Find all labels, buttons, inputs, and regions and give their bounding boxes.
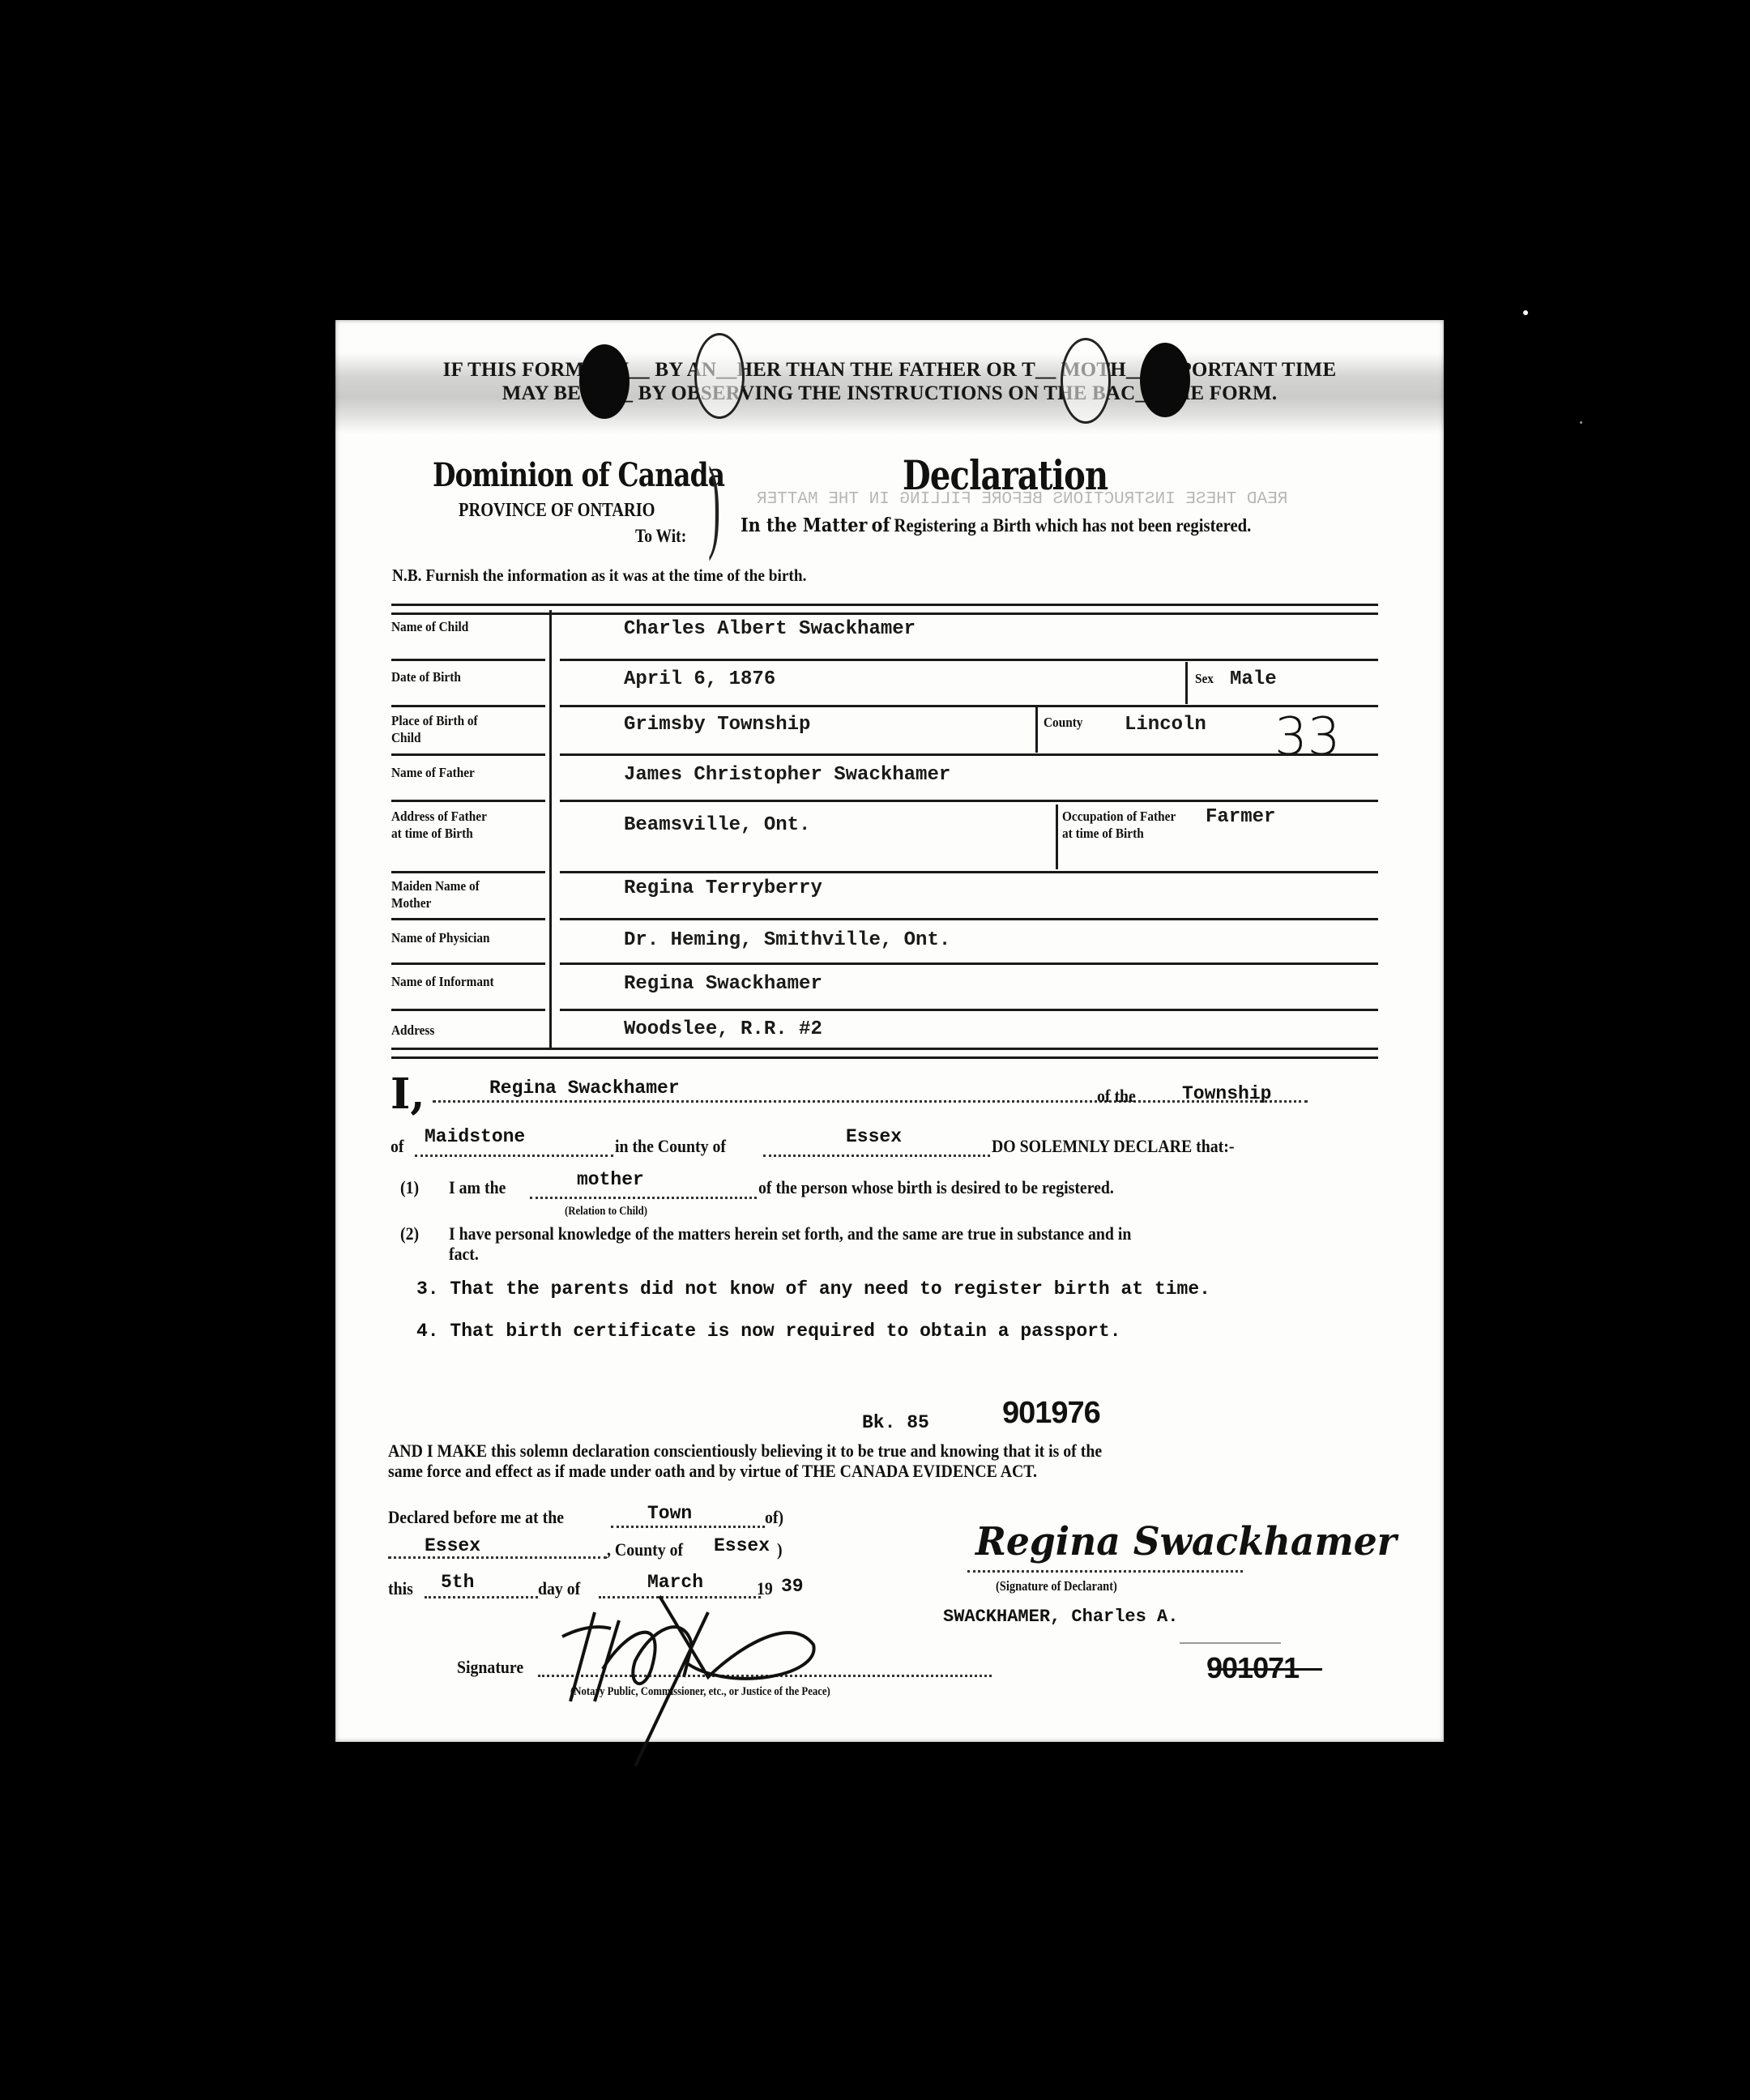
- item-3: 3. That the parents did not know of any …: [416, 1278, 1210, 1300]
- row-rule: [391, 1009, 545, 1011]
- value-informant: Regina Swackhamer: [624, 973, 822, 995]
- declared-day: 5th: [441, 1572, 474, 1593]
- punch-hole-icon: [1140, 343, 1190, 417]
- dotted-line: [388, 1556, 607, 1559]
- label-place-of-birth: Place of Birth of Child: [391, 712, 478, 746]
- declaration-initial: I,: [391, 1069, 425, 1119]
- strikethrough: [1209, 1668, 1322, 1671]
- value-address: Woodslee, R.R. #2: [624, 1018, 822, 1040]
- hole-outline-icon: [1061, 338, 1111, 424]
- label-occupation-of-father: Occupation of Father at time of Birth: [1062, 808, 1176, 842]
- dotted-line: [763, 1155, 990, 1157]
- dotted-line: [530, 1197, 757, 1199]
- label-date-of-birth: Date of Birth: [391, 668, 461, 685]
- declared-county: Essex: [714, 1535, 770, 1556]
- matter-line: In the Matter of Registering a Birth whi…: [741, 514, 1251, 536]
- label-maiden-name: Maiden Name of Mother: [391, 877, 480, 911]
- matter-of: of: [872, 514, 890, 536]
- dotted-line: [425, 1596, 538, 1598]
- matter-text: Registering a Birth which has not been r…: [894, 515, 1252, 536]
- relation-to-child: mother: [577, 1169, 644, 1190]
- oath-line-1: AND I MAKE this solemn declaration consc…: [388, 1441, 1102, 1462]
- label-line: at time of Birth: [391, 825, 487, 842]
- occupation-divider: [1056, 805, 1058, 869]
- label-address-of-father: Address of Father at time of Birth: [391, 808, 487, 842]
- index-name: SWACKHAMER, Charles A.: [943, 1607, 1178, 1627]
- declarant-dotted-line: [433, 1100, 1308, 1103]
- value-date-of-birth: April 6, 1876: [624, 668, 775, 690]
- table-bottom-rule: [391, 1048, 1378, 1059]
- jurisdiction-title: Dominion of Canada: [433, 456, 724, 494]
- declaration-county: Essex: [846, 1126, 902, 1147]
- declared-before-text: Declared before me at the: [388, 1507, 564, 1528]
- value-county: Lincoln: [1125, 714, 1206, 736]
- county-of-label: , County of: [607, 1539, 683, 1560]
- value-address-of-father: Beamsville, Ont.: [624, 814, 810, 836]
- declared-place-type: Town: [647, 1503, 692, 1524]
- declarant-note: (Signature of Declarant): [996, 1578, 1117, 1594]
- label-line: Mother: [391, 894, 480, 911]
- value-place-of-birth: Grimsby Township: [624, 714, 810, 736]
- declarant-name: Regina Swackhamer: [489, 1078, 680, 1099]
- value-occupation-of-father: Farmer: [1206, 806, 1275, 828]
- label-line: at time of Birth: [1062, 825, 1176, 842]
- item-2-line-2: fact.: [449, 1244, 479, 1265]
- label-address: Address: [391, 1022, 434, 1039]
- of-text: of: [391, 1136, 403, 1157]
- film-speck: [1580, 421, 1582, 424]
- dotted-line: [611, 1526, 765, 1528]
- label-sex: Sex: [1195, 670, 1214, 687]
- nb-note: N.B. Furnish the information as it was a…: [392, 566, 806, 586]
- label-county: County: [1044, 714, 1082, 731]
- matter-prefix: In the Matter: [741, 514, 867, 536]
- item-1-prefix: I am the: [449, 1177, 506, 1198]
- of-the-text: of the: [1097, 1086, 1136, 1107]
- sex-divider: [1185, 662, 1188, 704]
- table-top-rule: [391, 604, 1378, 615]
- row-rule: [560, 871, 1378, 873]
- row-rule: [391, 871, 545, 873]
- official-signature-icon: [546, 1580, 919, 1766]
- row-rule: [560, 1009, 1378, 1011]
- row-rule: [391, 705, 545, 707]
- label-line: Maiden Name of: [391, 877, 480, 894]
- handwritten-number: 33: [1274, 707, 1340, 767]
- label-line: Address of Father: [391, 808, 487, 825]
- oath-line-2: same force and effect as if made under o…: [388, 1461, 1037, 1482]
- book-number: Bk. 85: [862, 1412, 929, 1433]
- row-rule: [391, 800, 545, 802]
- signature-label: Signature: [457, 1657, 523, 1678]
- relation-note: (Relation to Child): [565, 1205, 647, 1219]
- banner-line-2: may be sa__ by observing the instruction…: [335, 382, 1444, 405]
- row-rule: [560, 918, 1378, 920]
- row-rule: [391, 962, 545, 965]
- row-rule: [391, 918, 545, 920]
- dotted-line: [415, 1155, 613, 1157]
- label-physician: Name of Physician: [391, 929, 490, 946]
- punch-hole-icon: [579, 344, 630, 419]
- label-line: Child: [391, 729, 478, 746]
- this-label: this: [388, 1578, 413, 1599]
- item-2-number: (2): [400, 1223, 419, 1244]
- registration-number: 901976: [1002, 1396, 1100, 1431]
- value-name-of-child: Charles Albert Swackhamer: [624, 618, 916, 640]
- row-rule: [560, 800, 1378, 802]
- index-underline: [1180, 1642, 1281, 1644]
- row-rule: [560, 659, 1378, 661]
- row-rule: [391, 659, 545, 661]
- declaration-form: If this form is u__ by an__her than the …: [335, 320, 1444, 1742]
- declared-town: Essex: [425, 1535, 480, 1556]
- value-name-of-father: James Christopher Swackhamer: [624, 764, 950, 786]
- row-rule: [560, 962, 1378, 965]
- value-physician: Dr. Heming, Smithville, Ont.: [624, 929, 950, 951]
- item-2-line-1: I have personal knowledge of the matters…: [449, 1223, 1131, 1244]
- banner-line-1: If this form is u__ by an__her than the …: [335, 358, 1444, 382]
- value-maiden-name: Regina Terryberry: [624, 877, 822, 899]
- label-name-of-father: Name of Father: [391, 764, 475, 781]
- value-sex: Male: [1230, 668, 1277, 690]
- row-rule: [391, 753, 545, 756]
- solemnly-declare: DO SOLEMNLY DECLARE that:-: [992, 1136, 1234, 1157]
- to-wit-label: To Wit:: [635, 526, 686, 547]
- reverse-bleedthrough: READ THESE INSTRUCTIONS BEFORE FILLING I…: [757, 490, 1287, 509]
- row-rule: [560, 705, 1378, 707]
- county-of-text: in the County of: [615, 1136, 726, 1157]
- item-1-number: (1): [400, 1177, 419, 1198]
- row-rule: [560, 753, 1378, 756]
- label-line: Place of Birth of: [391, 712, 478, 729]
- label-line: Occupation of Father: [1062, 808, 1176, 825]
- declarant-dotted-line: [967, 1570, 1243, 1573]
- label-name-of-child: Name of Child: [391, 618, 468, 635]
- label-informant: Name of Informant: [391, 973, 494, 990]
- label-column-divider: [549, 610, 552, 1048]
- place-type: Township: [1182, 1083, 1271, 1104]
- instruction-banner: If this form is u__ by an__her than the …: [335, 358, 1444, 405]
- declared-of: of): [765, 1507, 783, 1528]
- county-divider: [1035, 707, 1038, 753]
- film-speck: [1523, 310, 1528, 315]
- paren-close: ): [777, 1539, 783, 1560]
- item-4: 4. That birth certificate is now require…: [416, 1321, 1121, 1342]
- brace-divider: ): [708, 451, 720, 557]
- township-name: Maidstone: [425, 1126, 525, 1147]
- hole-outline-icon: [694, 333, 745, 419]
- declarant-signature: Regina Swackhamer: [975, 1519, 1397, 1564]
- province-label: PROVINCE OF ONTARIO: [459, 500, 655, 522]
- item-1-suffix: of the person whose birth is desired to …: [758, 1177, 1114, 1198]
